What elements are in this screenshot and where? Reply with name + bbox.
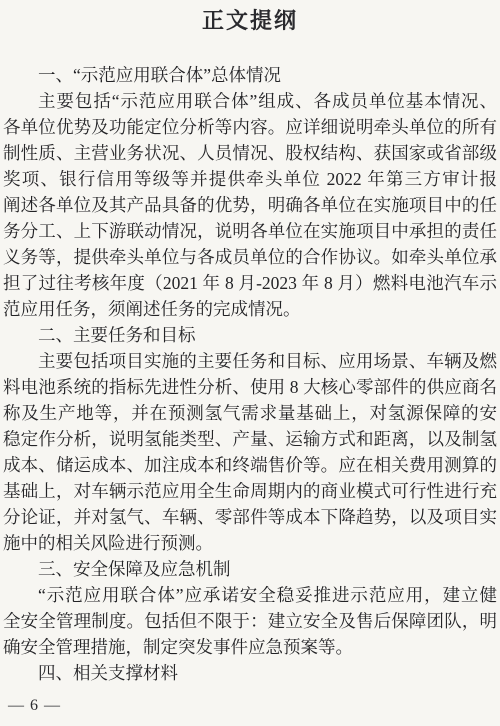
body-text-line: 主要包括“示范应用联合体”组成、各成员单位基本情况、 xyxy=(3,88,497,114)
body-text-line: 务分工、上下游联动情况，说明各单位在实施项目中承担的责任 xyxy=(3,218,497,244)
body-text-line: 奖项、银行信用等级等并提供牵头单位 2022 年第三方审计报告， xyxy=(3,166,497,192)
body-text-line: “示范应用联合体”应承诺安全稳妥推进示范应用，建立健 xyxy=(3,582,497,608)
document-page: 正文提纲 一、“示范应用联合体”总体情况主要包括“示范应用联合体”组成、各成员单… xyxy=(0,0,500,726)
document-lines: 一、“示范应用联合体”总体情况主要包括“示范应用联合体”组成、各成员单位基本情况… xyxy=(3,62,497,686)
body-text-line: 确安全管理措施，制定突发事件应急预案等。 xyxy=(3,634,497,660)
body-text-line: 制性质、主营业务状况、人员情况、股权结构、获国家或省部级 xyxy=(3,140,497,166)
body-text-line: 分论证，并对氢气、车辆、零部件等成本下降趋势，以及项目实 xyxy=(3,504,497,530)
outline-heading-line: 一、“示范应用联合体”总体情况 xyxy=(3,62,497,88)
outline-heading-line: 四、相关支撑材料 xyxy=(3,660,497,686)
page-title: 正文提纲 xyxy=(0,0,500,36)
outline-heading-line: 三、安全保障及应急机制 xyxy=(3,556,497,582)
body-text-line: 施中的相关风险进行预测。 xyxy=(3,530,497,556)
body-text-line: 阐述各单位及其产品具备的优势，明确各单位在实施项目中的任 xyxy=(3,192,497,218)
body-text-line: 各单位优势及功能定位分析等内容。应详细说明牵头单位的所有 xyxy=(3,114,497,140)
body-text-line: 担了过往考核年度（2021 年 8 月-2023 年 8 月）燃料电池汽车示 xyxy=(3,270,497,296)
body-text-line: 成本、储运成本、加注成本和终端售价等。应在相关费用测算的 xyxy=(3,452,497,478)
outline-heading-line: 二、主要任务和目标 xyxy=(3,322,497,348)
body-text-line: 义务等，提供牵头单位与各成员单位的合作协议。如牵头单位承 xyxy=(3,244,497,270)
body-text-line: 范应用任务，须阐述任务的完成情况。 xyxy=(3,296,497,322)
body-text-line: 基础上，对车辆示范应用全生命周期内的商业模式可行性进行充 xyxy=(3,478,497,504)
body-text-line: 称及生产地等，并在预测氢气需求量基础上，对氢源保障的安全、 xyxy=(3,400,497,426)
body-text-line: 全安全管理制度。包括但不限于：建立安全及售后保障团队，明 xyxy=(3,608,497,634)
page-number: — 6 — xyxy=(8,697,61,715)
body-text-line: 主要包括项目实施的主要任务和目标、应用场景、车辆及燃 xyxy=(3,348,497,374)
body-text-line: 稳定作分析，说明氢能类型、产量、运输方式和距离，以及制氢 xyxy=(3,426,497,452)
body-text-line: 料电池系统的指标先进性分析、使用 8 大核心零部件的供应商名 xyxy=(3,374,497,400)
